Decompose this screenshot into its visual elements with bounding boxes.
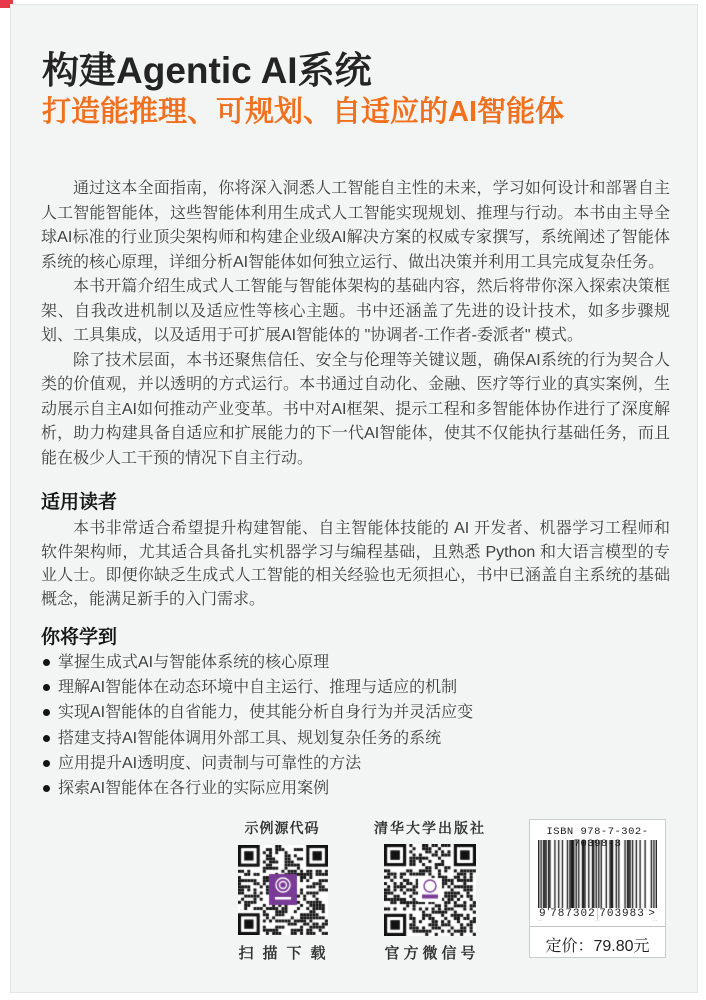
learn-item-text: 探索AI智能体在各行业的实际应用案例 bbox=[58, 780, 329, 797]
qr-publisher-bottom-label: 官方微信号 bbox=[345, 942, 515, 963]
qr-publisher-top-label: 清华大学出版社 bbox=[345, 818, 515, 838]
audience-heading: 适用读者 bbox=[41, 492, 117, 515]
learn-item: 掌握生成式AI与智能体系统的核心原理 bbox=[41, 650, 661, 675]
price-label: 定价：79.80元 bbox=[530, 933, 665, 956]
bullet-icon bbox=[43, 760, 50, 767]
intro-paragraph: 本书开篇介绍生成式人工智能与智能体架构的基础内容，然后将带你深入探索决策框架、自… bbox=[41, 275, 670, 349]
barcode-digit-left: 9 bbox=[538, 908, 548, 920]
learn-item-text: 掌握生成式AI与智能体系统的核心原理 bbox=[58, 654, 329, 671]
bullet-icon bbox=[43, 684, 50, 691]
qr-code-icon bbox=[384, 844, 476, 936]
intro-paragraph: 通过这本全面指南，你将深入洞悉人工智能自主性的未来，学习如何设计和部署自主人工智… bbox=[41, 177, 670, 275]
barcode-digits: 9 787302 703983 > bbox=[538, 908, 657, 922]
learn-item: 搭建支持AI智能体调用外部工具、规划复杂任务的系统 bbox=[41, 726, 661, 751]
learn-item: 应用提升AI透明度、问责制与可靠性的方法 bbox=[41, 751, 661, 776]
intro-section: 通过这本全面指南，你将深入洞悉人工智能自主性的未来，学习如何设计和部署自主人工智… bbox=[41, 177, 670, 471]
learn-item: 理解AI智能体在动态环境中自主运行、推理与适应的机制 bbox=[41, 675, 661, 700]
intro-paragraph: 除了技术层面，本书还聚焦信任、安全与伦理等关键议题，确保AI系统的行为契合人类的… bbox=[41, 349, 670, 472]
learn-item-text: 应用提升AI透明度、问责制与可靠性的方法 bbox=[58, 755, 361, 772]
price-divider bbox=[530, 926, 665, 927]
barcode-digit-group: 703983 bbox=[598, 908, 646, 920]
learn-item-text: 搭建支持AI智能体调用外部工具、规划复杂任务的系统 bbox=[58, 730, 441, 747]
learn-heading: 你将学到 bbox=[41, 627, 117, 650]
bullet-icon bbox=[43, 659, 50, 666]
barcode-arrow: > bbox=[647, 908, 657, 920]
barcode-digit-group: 787302 bbox=[549, 908, 597, 920]
qr-sample-top-label: 示例源代码 bbox=[207, 818, 357, 838]
qr-sample-bottom-label: 扫描下载 bbox=[207, 942, 357, 963]
book-title: 构建Agentic AI系统 bbox=[42, 51, 372, 92]
learn-item: 探索AI智能体在各行业的实际应用案例 bbox=[41, 776, 661, 801]
bullet-icon bbox=[43, 735, 50, 742]
book-subtitle: 打造能推理、可规划、自适应的AI智能体 bbox=[42, 97, 564, 129]
learn-item: 实现AI智能体的自省能力，使其能分析自身行为并灵活应变 bbox=[41, 700, 661, 725]
bullet-icon bbox=[43, 785, 50, 792]
learn-item-text: 理解AI智能体在动态环境中自主运行、推理与适应的机制 bbox=[58, 679, 457, 696]
back-cover-panel: 构建Agentic AI系统 打造能推理、可规划、自适应的AI智能体 通过这本全… bbox=[10, 4, 698, 993]
learn-list: 掌握生成式AI与智能体系统的核心原理 理解AI智能体在动态环境中自主运行、推理与… bbox=[41, 650, 661, 801]
qr-code-icon bbox=[238, 845, 328, 935]
learn-item-text: 实现AI智能体的自省能力，使其能分析自身行为并灵活应变 bbox=[58, 704, 473, 721]
isbn-barcode-box: ISBN 978-7-302-70398-3 9 787302 703983 >… bbox=[529, 819, 666, 958]
audience-body: 本书非常适合希望提升构建智能、自主智能体技能的 AI 开发者、机器学习工程师和软… bbox=[41, 517, 670, 611]
book-back-cover: 构建Agentic AI系统 打造能推理、可规划、自适应的AI智能体 通过这本全… bbox=[0, 0, 706, 1000]
bullet-icon bbox=[43, 709, 50, 716]
